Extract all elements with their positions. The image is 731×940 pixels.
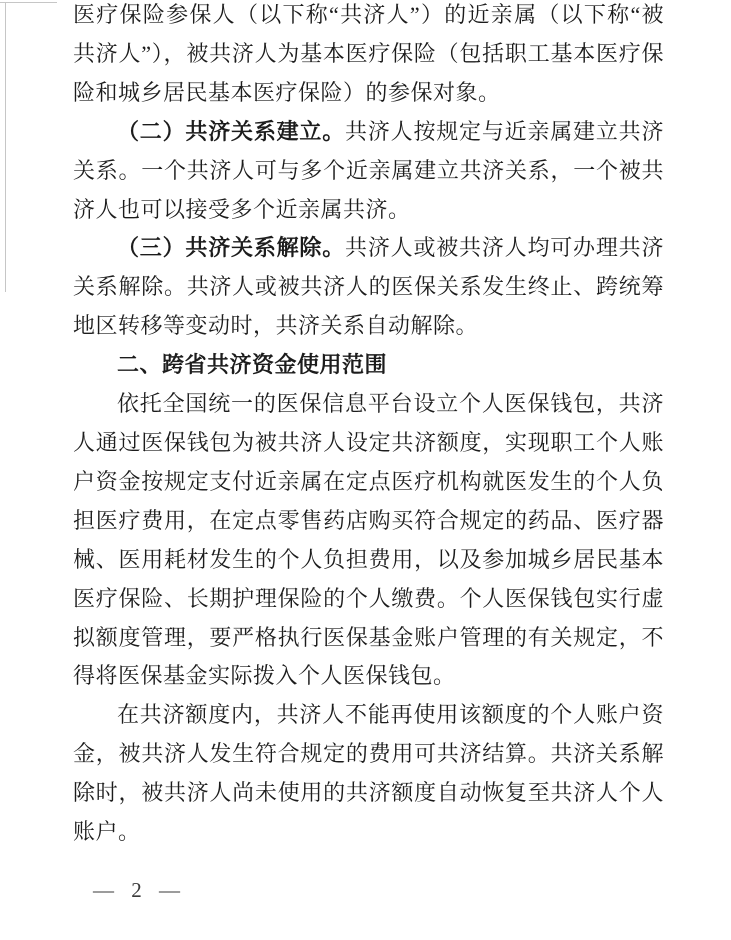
paragraph-text: 在共济额度内，共济人不能再使用该额度的个人账户资金，被共济人发生符合规定的费用可…: [73, 702, 664, 844]
paragraph-body-2: 在共济额度内，共济人不能再使用该额度的个人账户资金，被共济人发生符合规定的费用可…: [73, 696, 664, 852]
document-page: 医疗保险参保人（以下称“共济人”）的近亲属（以下称“被共济人”），被共济人为基本…: [0, 0, 731, 940]
paragraph-item-2: （二）共济关系建立。共济人按规定与近亲属建立共济关系。一个共济人可与多个近亲属建…: [73, 113, 664, 230]
paragraph-text: 依托全国统一的医保信息平台设立个人医保钱包，共济人通过医保钱包为被共济人设定共济…: [73, 391, 664, 688]
paragraph-lead: （二）共济关系建立。: [117, 119, 345, 144]
scan-edge-artifact-horizontal: [0, 2, 57, 3]
paragraph-body-1: 依托全国统一的医保信息平台设立个人医保钱包，共济人通过医保钱包为被共济人设定共济…: [73, 385, 664, 696]
section-heading: 二、跨省共济资金使用范围: [73, 346, 664, 385]
paragraph-text: 医疗保险参保人（以下称“共济人”）的近亲属（以下称“被共济人”），被共济人为基本…: [73, 2, 664, 105]
paragraph-continuation: 医疗保险参保人（以下称“共济人”）的近亲属（以下称“被共济人”），被共济人为基本…: [73, 0, 664, 113]
page-number: — 2 —: [93, 878, 186, 903]
paragraph-item-3: （三）共济关系解除。共济人或被共济人均可办理共济关系解除。共济人或被共济人的医保…: [73, 229, 664, 346]
document-body: 医疗保险参保人（以下称“共济人”）的近亲属（以下称“被共济人”），被共济人为基本…: [73, 0, 664, 852]
scan-edge-artifact-vertical: [5, 2, 6, 292]
paragraph-lead: （三）共济关系解除。: [117, 235, 345, 260]
